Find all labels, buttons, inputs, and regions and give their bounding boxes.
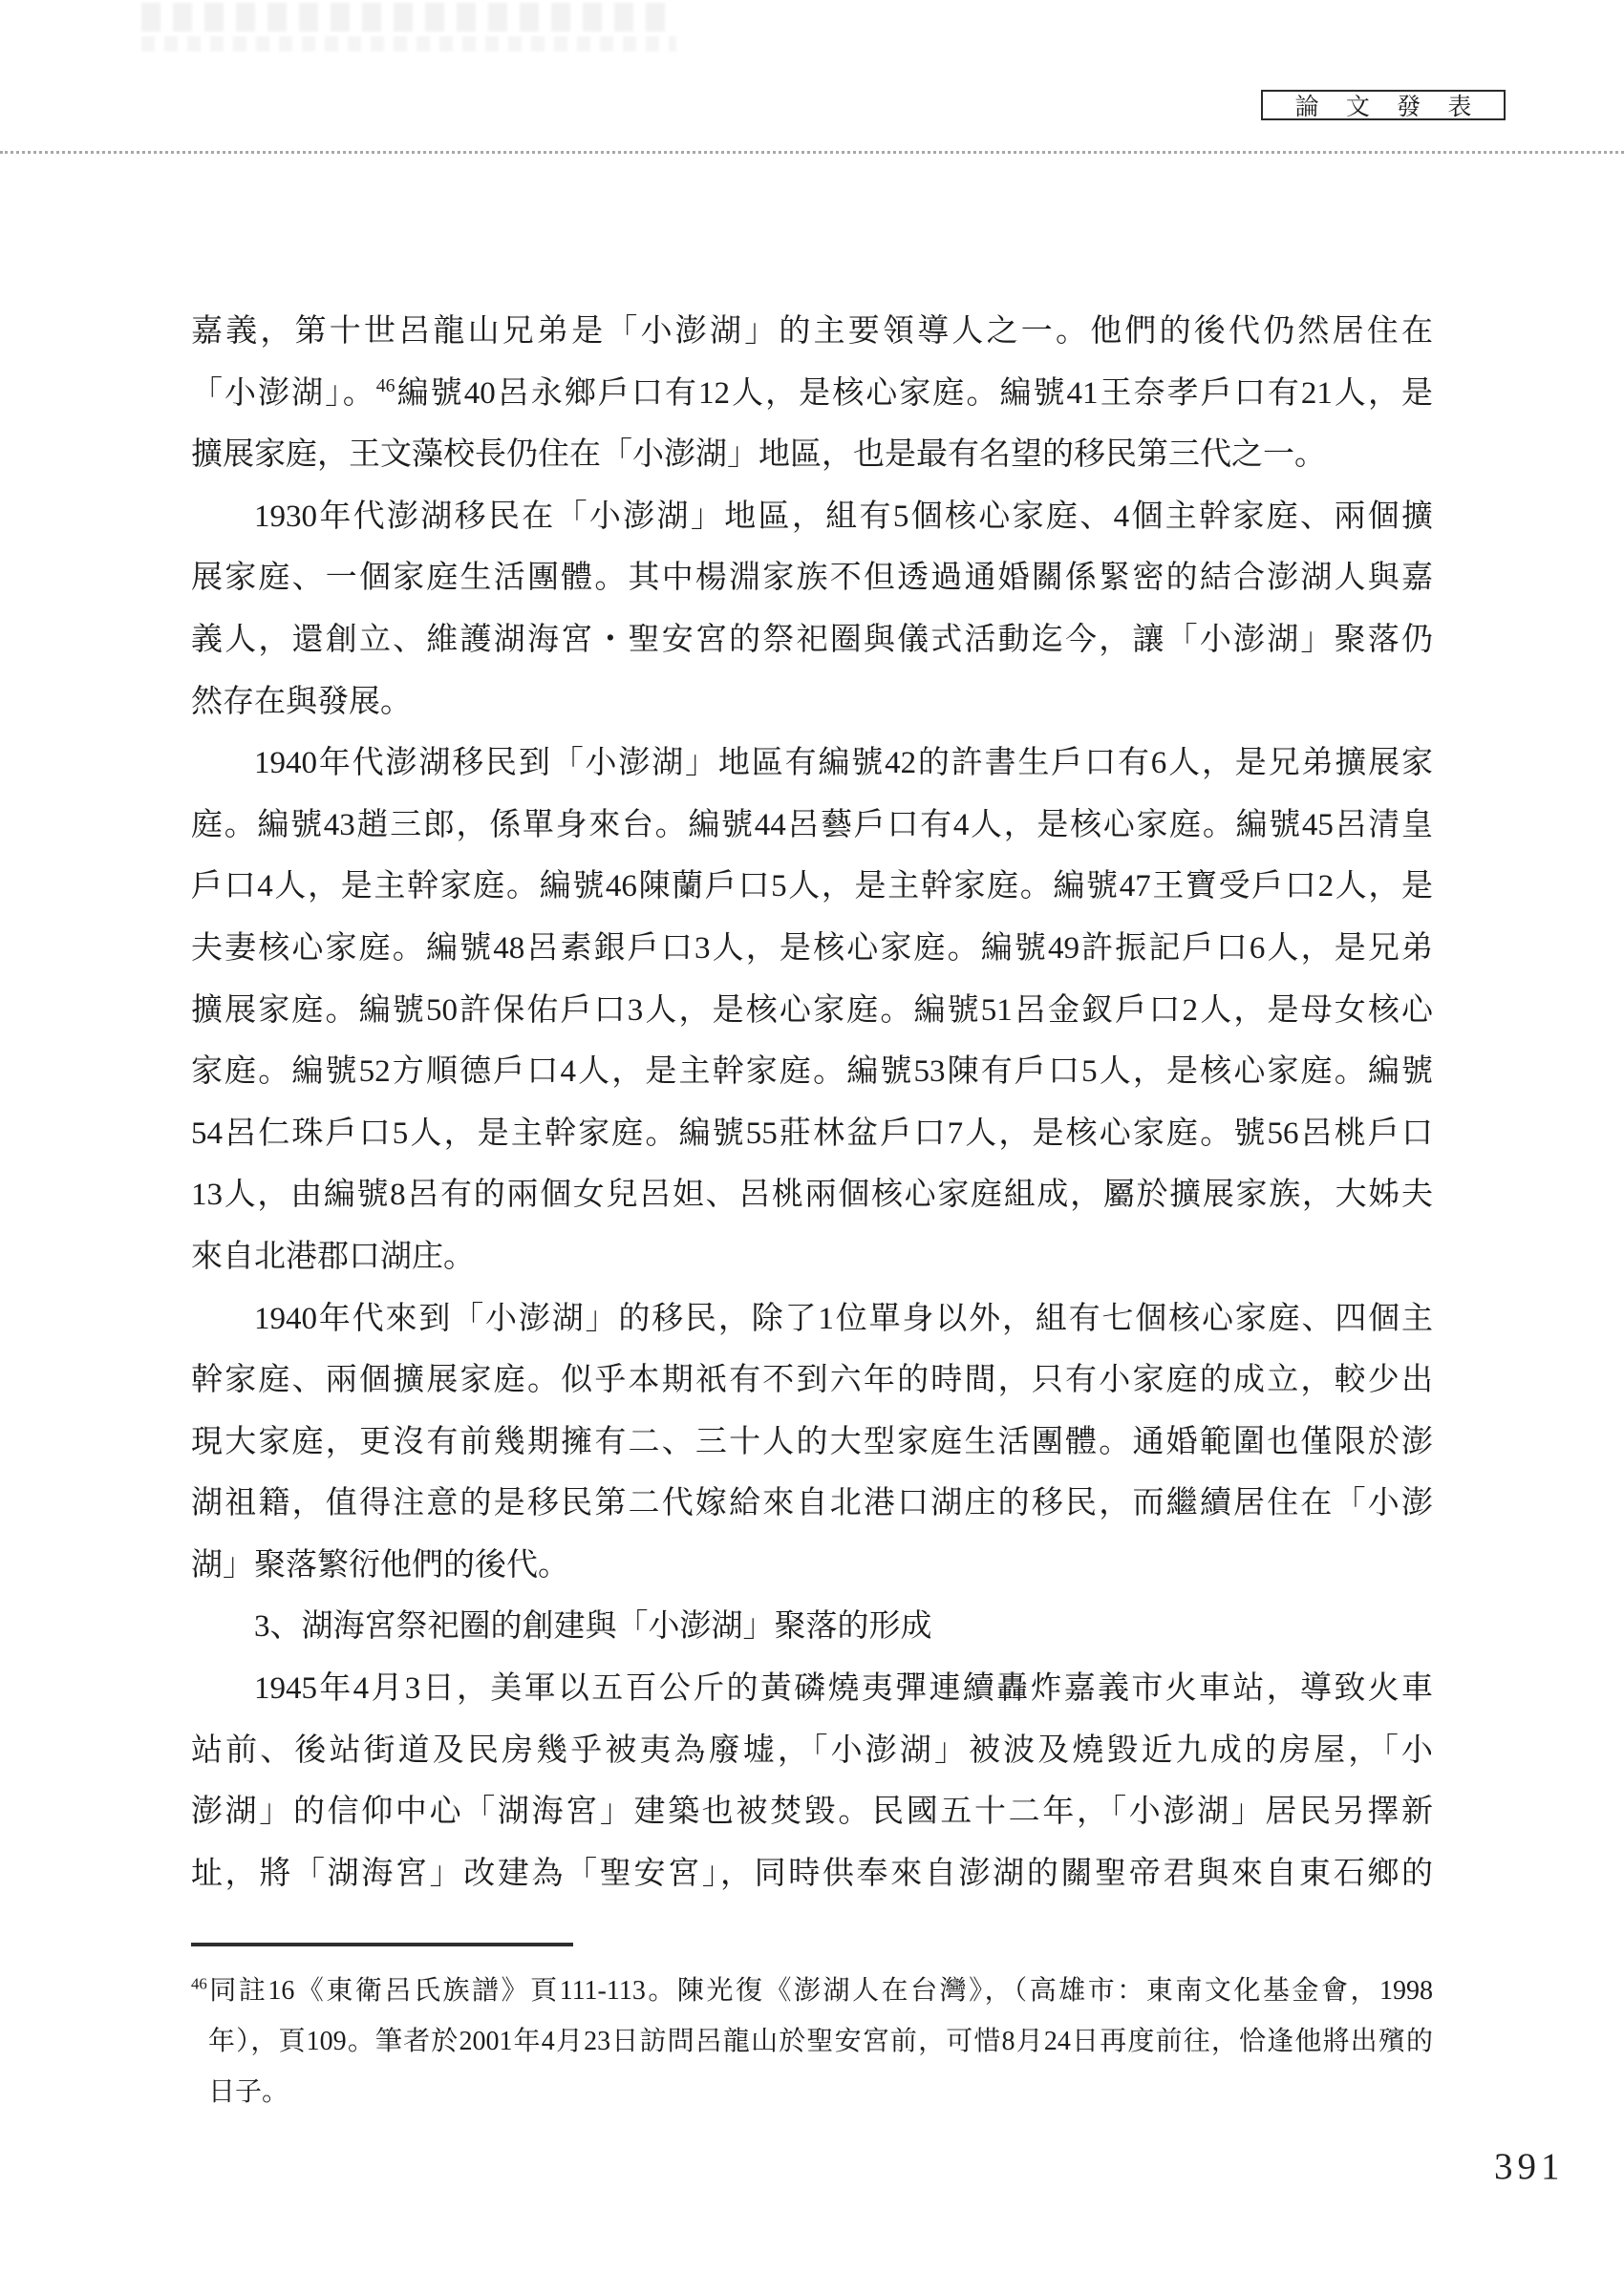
body-line: 戶口4人，是主幹家庭。編號46陳蘭戶口5人，是主幹家庭。編號47王寶受戶口2人，…	[191, 856, 1433, 918]
body-line: 13人，由編號8呂有的兩個女兒呂妲、呂桃兩個核心家庭組成，屬於擴展家族，大姊夫	[191, 1164, 1433, 1226]
body-line: 湖祖籍，值得注意的是移民第二代嫁給來自北港口湖庄的移民，而繼續居住在「小澎	[191, 1473, 1433, 1535]
footnote-number: 46	[191, 1975, 207, 1993]
body-line-text: 編號40呂永鄉戶口有12人，是核心家庭。編號41王奈孝戶口有21人，是	[395, 376, 1433, 411]
body-line: 1940年代來到「小澎湖」的移民，除了1位單身以外，組有七個核心家庭、四個主	[191, 1288, 1433, 1350]
body-line: 展家庭、一個家庭生活團體。其中楊淵家族不但透過通婚關係緊密的結合澎湖人與嘉	[191, 547, 1433, 609]
section-heading: 3、湖海宮祭祀圈的創建與「小澎湖」聚落的形成	[191, 1596, 1433, 1658]
body-line-text: 「小澎湖」。	[191, 376, 376, 411]
body-line: 澎湖」的信仰中心「湖海宮」建築也被焚毀。民國五十二年，「小澎湖」居民另擇新	[191, 1781, 1433, 1843]
body-line: 1945年4月3日，美軍以五百公斤的黃磷燒夷彈連續轟炸嘉義市火車站，導致火車	[191, 1658, 1433, 1720]
document-page: 論 文 發 表 嘉義，第十世呂龍山兄弟是「小澎湖」的主要領導人之一。他們的後代仍…	[0, 0, 1624, 2296]
body-line: 來自北港郡口湖庄。	[191, 1226, 1433, 1288]
header-label: 論 文 發 表	[1285, 88, 1483, 122]
body-line: 然存在與發展。	[191, 671, 1433, 733]
body-line: 夫妻核心家庭。編號48呂素銀戶口3人，是核心家庭。編號49許振記戶口6人，是兄弟	[191, 918, 1433, 980]
body-line: 「小澎湖」。46編號40呂永鄉戶口有12人，是核心家庭。編號41王奈孝戶口有21…	[191, 363, 1433, 425]
body-line: 幹家庭、兩個擴展家庭。似乎本期祇有不到六年的時間，只有小家庭的成立，較少出	[191, 1350, 1433, 1412]
body-line: 擴展家庭，王文藻校長仍住在「小澎湖」地區，也是最有名望的移民第三代之一。	[191, 424, 1433, 486]
print-through-artifact	[141, 36, 676, 52]
body-line: 現大家庭，更沒有前幾期擁有二、三十人的大型家庭生活團體。通婚範圍也僅限於澎	[191, 1412, 1433, 1474]
footnote-separator	[191, 1943, 573, 1946]
body-line: 義人，還創立、維護湖海宮・聖安宮的祭祀圈與儀式活動迄今，讓「小澎湖」聚落仍	[191, 609, 1433, 671]
header-label-box: 論 文 發 表	[1261, 90, 1506, 120]
body-line: 站前、後站街道及民房幾乎被夷為廢墟，「小澎湖」被波及燒毀近九成的房屋，「小	[191, 1720, 1433, 1782]
body-line: 嘉義，第十世呂龍山兄弟是「小澎湖」的主要領導人之一。他們的後代仍然居住在	[191, 301, 1433, 363]
body-line: 家庭。編號52方順德戶口4人，是主幹家庭。編號53陳有戶口5人，是核心家庭。編號	[191, 1041, 1433, 1103]
body-line: 1940年代澎湖移民到「小澎湖」地區有編號42的許書生戶口有6人，是兄弟擴展家	[191, 733, 1433, 795]
footnote: 46同註16《東衛呂氏族譜》頁111-113。陳光復《澎湖人在台灣》，（高雄市：…	[191, 1966, 1433, 2117]
footnote-ref-marker: 46	[376, 375, 395, 396]
footnote-text: 同註16《東衛呂氏族譜》頁111-113。陳光復《澎湖人在台灣》，（高雄市：東南…	[207, 1976, 1433, 2006]
body-line: 庭。編號43趙三郎，係單身來台。編號44呂藝戶口有4人，是核心家庭。編號45呂清…	[191, 795, 1433, 857]
print-through-artifact	[141, 3, 673, 32]
body-line: 湖」聚落繁衍他們的後代。	[191, 1535, 1433, 1597]
body-line: 址，將「湖海宮」改建為「聖安宮」，同時供奉來自澎湖的關聖帝君與來自東石鄉的	[191, 1843, 1433, 1905]
body-line: 1930年代澎湖移民在「小澎湖」地區，組有5個核心家庭、4個主幹家庭、兩個擴	[191, 486, 1433, 548]
footnote-line: 日子。	[191, 2067, 1433, 2117]
page-number: 391	[1494, 2145, 1565, 2188]
body-line: 擴展家庭。編號50許保佑戶口3人，是核心家庭。編號51呂金釵戶口2人，是母女核心	[191, 980, 1433, 1042]
body-line: 54呂仁珠戶口5人，是主幹家庭。編號55莊林盆戶口7人，是核心家庭。號56呂桃戶…	[191, 1103, 1433, 1165]
footnote-line: 年），頁109。筆者於2001年4月23日訪問呂龍山於聖安宮前，可惜8月24日再…	[191, 2016, 1433, 2067]
header-dotted-divider	[0, 151, 1624, 154]
body-text: 嘉義，第十世呂龍山兄弟是「小澎湖」的主要領導人之一。他們的後代仍然居住在 「小澎…	[191, 301, 1433, 1904]
footnote-line: 46同註16《東衛呂氏族譜》頁111-113。陳光復《澎湖人在台灣》，（高雄市：…	[191, 1966, 1433, 2016]
